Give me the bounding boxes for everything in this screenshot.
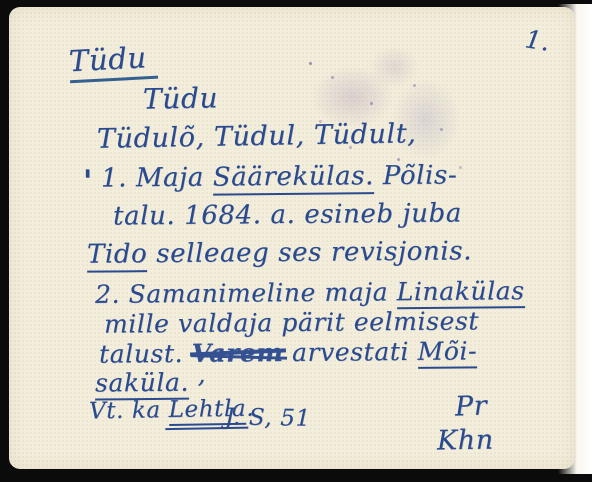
entry1-line1-underlined: Säärekülas. (213, 161, 374, 195)
region-abbrev-top: Pr (454, 390, 487, 422)
entry2-line1: 2. Samanimeline maja Linakülas (95, 277, 525, 309)
entry2-line3-mid: arvestati (283, 337, 417, 367)
headword: Tüdu (68, 41, 157, 79)
entry2-line3-pre: talust. (99, 339, 192, 369)
margin-mark-text: ' (83, 164, 93, 199)
entry2-line4-underlined: saküla. (95, 368, 189, 401)
region-top-text: Pr (454, 390, 487, 422)
name-repeat-line: Tüdu (143, 82, 219, 115)
ink-speckles (309, 62, 312, 65)
entry1-line3-post: selleaeg ses revisjonis. (147, 236, 472, 269)
margin-mark: ' (83, 165, 93, 200)
scan-background: 1. Tüdu Tüdu Tüdulõ, Tüdul, Tüdult, ' 1.… (0, 0, 592, 482)
headword-text: Tüdu (68, 40, 158, 84)
entry2-line2-text: mille valdaja pärit eelmisest (104, 306, 479, 338)
see-also-pre: Vt. ka (89, 397, 169, 424)
signature-line: J. S, 51 (225, 404, 311, 432)
page-number: 1. (523, 25, 552, 57)
entry1-line2-text: talu. 1684. a. esineb juba (113, 198, 462, 231)
region-abbrev-bottom: Khn (437, 425, 494, 457)
entry2-line4: saküla. , (95, 369, 206, 399)
entry2-line1-underlined: Linakülas (397, 276, 525, 309)
entry2-line4-mark: , (197, 360, 206, 389)
entry2-line3: talust. Varem arvestati Mõi- (99, 337, 477, 369)
entry1-line1-post: Põlis- (374, 160, 458, 191)
entry1-line2: talu. 1684. a. esineb juba (113, 199, 462, 232)
region-bottom-text: Khn (437, 425, 494, 457)
entry1-line3-underlined: Tido (87, 239, 148, 273)
case-forms-line: Tüdulõ, Tüdul, Tüdult, (97, 118, 417, 155)
signature-text: J. S, 51 (225, 404, 311, 431)
index-card: 1. Tüdu Tüdu Tüdulõ, Tüdul, Tüdult, ' 1.… (9, 7, 575, 469)
case-forms-text: Tüdulõ, Tüdul, Tüdult, (97, 118, 417, 155)
entry2-line1-pre: 2. Samanimeline maja (95, 277, 397, 309)
entry2-line2: mille valdaja pärit eelmisest (104, 307, 479, 339)
entry1-line3: Tido selleaeg ses revisjonis. (87, 237, 472, 270)
entry2-line3-underlined: Mõi- (417, 336, 477, 369)
name-repeat-text: Tüdu (143, 81, 219, 115)
page-number-text: 1. (523, 24, 552, 57)
entry1-line1: 1. Maja Säärekülas. Põlis- (101, 161, 458, 194)
entry1-line1-pre: 1. Maja (101, 163, 213, 194)
